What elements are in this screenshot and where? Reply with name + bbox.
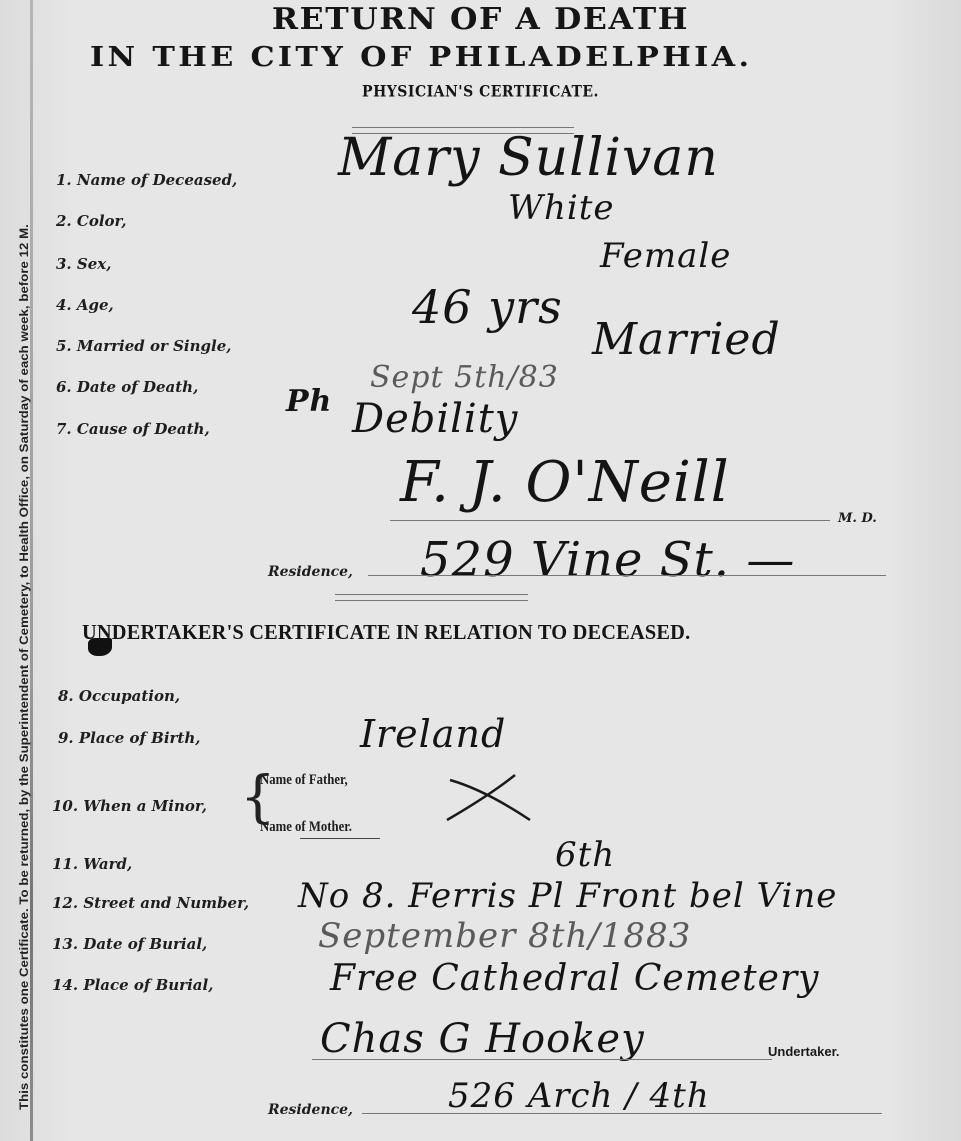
mother-underline bbox=[300, 838, 380, 839]
value-cause-of-death: Debility bbox=[352, 396, 518, 442]
decorative-rule bbox=[335, 594, 528, 595]
form-subtitle: IN THE CITY OF PHILADELPHIA. bbox=[90, 42, 752, 73]
value-street: No 8. Ferris Pl Front bel Vine bbox=[298, 876, 837, 916]
value-sex: Female bbox=[600, 236, 731, 276]
field-label-cause-of-death: 7. Cause of Death, bbox=[56, 420, 210, 438]
field-label-place-of-burial: 14. Place of Burial, bbox=[52, 976, 213, 994]
field-label-marital: 5. Married or Single, bbox=[56, 337, 231, 355]
value-name: Mary Sullivan bbox=[338, 128, 719, 188]
field-label-name: 1. Name of Deceased, bbox=[56, 171, 237, 189]
side-instructions: This constitutes one Certificate. To be … bbox=[17, 224, 31, 1110]
md-suffix: M. D. bbox=[838, 511, 877, 526]
ink-blot bbox=[88, 638, 112, 656]
physician-residence-value: 529 Vine St. — bbox=[420, 532, 795, 588]
value-date-of-death: Sept 5th/83 bbox=[370, 360, 559, 395]
physician-signature: F. J. O'Neill bbox=[400, 450, 730, 515]
minor-not-applicable-mark bbox=[445, 770, 535, 825]
value-place-of-burial: Free Cathedral Cemetery bbox=[330, 958, 820, 999]
undertaker-residence-label: Residence, bbox=[268, 1102, 353, 1118]
physician-residence-label: Residence, bbox=[268, 564, 353, 580]
undertaker-signature: Chas G Hookey bbox=[320, 1016, 645, 1062]
undertaker-suffix: Undertaker. bbox=[768, 1044, 840, 1059]
field-label-sex: 3. Sex, bbox=[56, 255, 111, 273]
field-label-when-minor: 10. When a Minor, bbox=[52, 797, 207, 815]
value-age: 46 yrs bbox=[412, 280, 563, 334]
field-label-street: 12. Street and Number, bbox=[52, 894, 249, 912]
field-label-ward: 11. Ward, bbox=[52, 855, 132, 873]
value-marital: Married bbox=[592, 314, 781, 365]
decorative-rule bbox=[335, 600, 528, 601]
physician-certificate-heading: PHYSICIAN'S CERTIFICATE. bbox=[0, 83, 961, 101]
residence-line bbox=[362, 1113, 882, 1114]
field-label-color: 2. Color, bbox=[56, 212, 127, 230]
signature-line bbox=[312, 1059, 772, 1060]
value-minor: X bbox=[560, 760, 562, 761]
value-date-of-burial: September 8th/1883 bbox=[318, 916, 691, 956]
signature-line bbox=[390, 520, 830, 521]
death-certificate-page: This constitutes one Certificate. To be … bbox=[0, 0, 961, 1141]
field-label-mother: Name of Mother. bbox=[260, 819, 352, 836]
field-label-date-of-burial: 13. Date of Burial, bbox=[52, 935, 207, 953]
field-label-father: Name of Father, bbox=[260, 772, 348, 789]
value-color: White bbox=[508, 188, 615, 228]
value-place-of-birth: Ireland bbox=[360, 712, 506, 756]
field-label-date-of-death: 6. Date of Death, bbox=[56, 378, 198, 396]
residence-line bbox=[368, 575, 886, 576]
field-label-age: 4. Age, bbox=[56, 296, 114, 314]
undertaker-residence-value: 526 Arch / 4th bbox=[448, 1076, 710, 1116]
field-label-place-of-birth: 9. Place of Birth, bbox=[58, 729, 201, 747]
undertaker-certificate-heading: UNDERTAKER'S CERTIFICATE IN RELATION TO … bbox=[82, 620, 690, 645]
form-title: RETURN OF A DEATH bbox=[0, 2, 961, 37]
value-ward: 6th bbox=[555, 835, 615, 875]
marginal-mark: Ph bbox=[286, 384, 332, 419]
field-label-occupation: 8. Occupation, bbox=[58, 687, 180, 705]
